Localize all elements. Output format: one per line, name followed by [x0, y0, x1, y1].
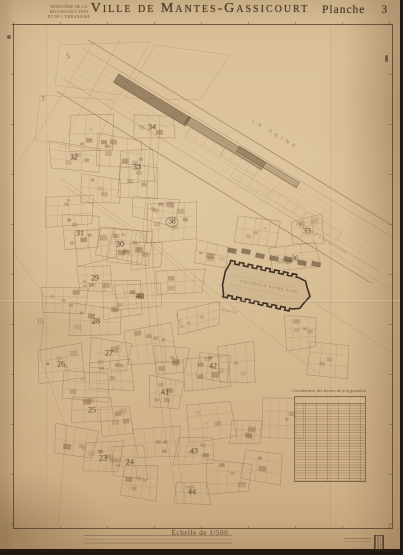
block-number: 23: [99, 455, 107, 462]
block-number: 27: [105, 350, 113, 357]
block-number: 40: [136, 293, 144, 300]
block-number: 24: [126, 459, 134, 466]
block-number: 43: [190, 448, 198, 455]
coordinates-table-header: [295, 397, 365, 404]
block-number: 42: [209, 363, 217, 370]
block-number: 5: [66, 54, 70, 61]
printer-mark: [344, 538, 371, 545]
fold-crease-vertical: [46, 24, 47, 527]
block-number: 41: [161, 389, 169, 396]
block-number: 38: [166, 217, 179, 228]
block-number: 28: [92, 318, 100, 325]
coordinates-table: [294, 396, 366, 482]
block-number: 25: [88, 407, 96, 414]
block-number: 31: [76, 230, 84, 237]
coordinates-table-title: Coordonnées des bornes de polygonation: [289, 388, 369, 393]
block-number: 33: [133, 164, 141, 171]
block-number: 44: [188, 489, 196, 496]
block-number: 30: [116, 241, 124, 248]
block-number: 26: [57, 361, 65, 368]
map-sheet: MINISTÈRE DE LA RECONSTRUCTION ET DE L'U…: [0, 0, 400, 549]
block-number: 34: [148, 124, 156, 131]
block-number: 29: [91, 275, 99, 282]
edition-stamp: [374, 535, 384, 550]
paper-blemish: [385, 55, 388, 62]
block-number: 32: [70, 154, 78, 161]
block-number: 15: [37, 319, 44, 326]
fold-crease: [0, 300, 400, 303]
block-number: 36: [292, 256, 299, 263]
block-number: 7: [41, 97, 45, 104]
paper-blemish: [7, 35, 11, 39]
surveyor-credits: [84, 535, 232, 546]
